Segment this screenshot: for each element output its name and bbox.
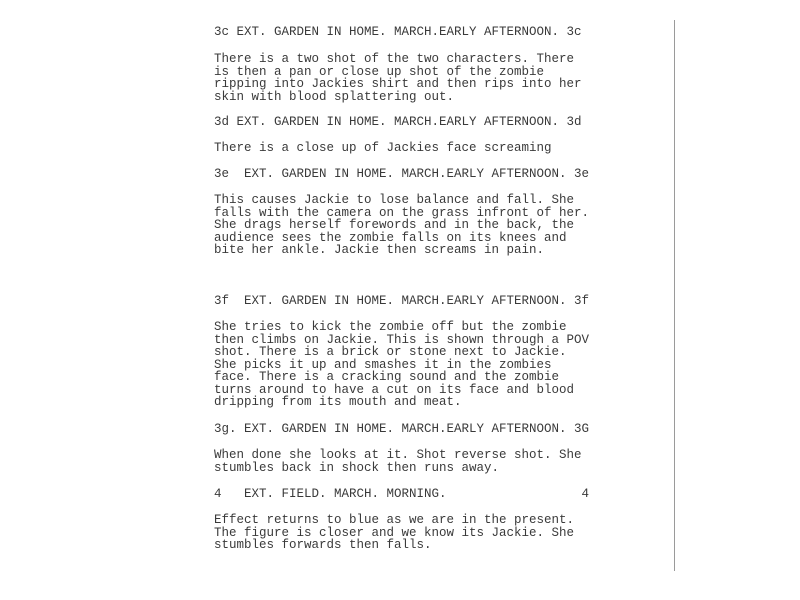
action-line: She tries to kick the zombie off but the… [214,321,567,334]
scene-heading-4: 4 EXT. FIELD. MARCH. MORNING. 4 [214,488,589,501]
action-line: Effect returns to blue as we are in the … [214,514,574,527]
action-line: There is a two shot of the two character… [214,53,574,66]
action-line: face. There is a cracking sound and the … [214,371,559,384]
action-line: When done she looks at it. Shot reverse … [214,449,582,462]
action-line: There is a close up of Jackies face scre… [214,142,552,155]
scene-heading-3c: 3c EXT. GARDEN IN HOME. MARCH.EARLY AFTE… [214,26,582,39]
action-line: bite her ankle. Jackie then screams in p… [214,244,544,257]
action-line: She drags herself forewords and in the b… [214,219,574,232]
page-edge-divider [674,20,675,571]
action-line: stumbles back in shock then runs away. [214,462,499,475]
scene-heading-3e: 3e EXT. GARDEN IN HOME. MARCH.EARLY AFTE… [214,168,589,181]
action-line: ripping into Jackies shirt and then rips… [214,78,582,91]
action-line: stumbles forwards then falls. [214,539,432,552]
scene-heading-3g: 3g. EXT. GARDEN IN HOME. MARCH.EARLY AFT… [214,423,589,436]
scene-heading-3d: 3d EXT. GARDEN IN HOME. MARCH.EARLY AFTE… [214,116,582,129]
scene-heading-3f: 3f EXT. GARDEN IN HOME. MARCH.EARLY AFTE… [214,295,589,308]
action-line: shot. There is a brick or stone next to … [214,346,567,359]
action-line: dripping from its mouth and meat. [214,396,462,409]
action-line: skin with blood splattering out. [214,91,454,104]
action-line: This causes Jackie to lose balance and f… [214,194,574,207]
